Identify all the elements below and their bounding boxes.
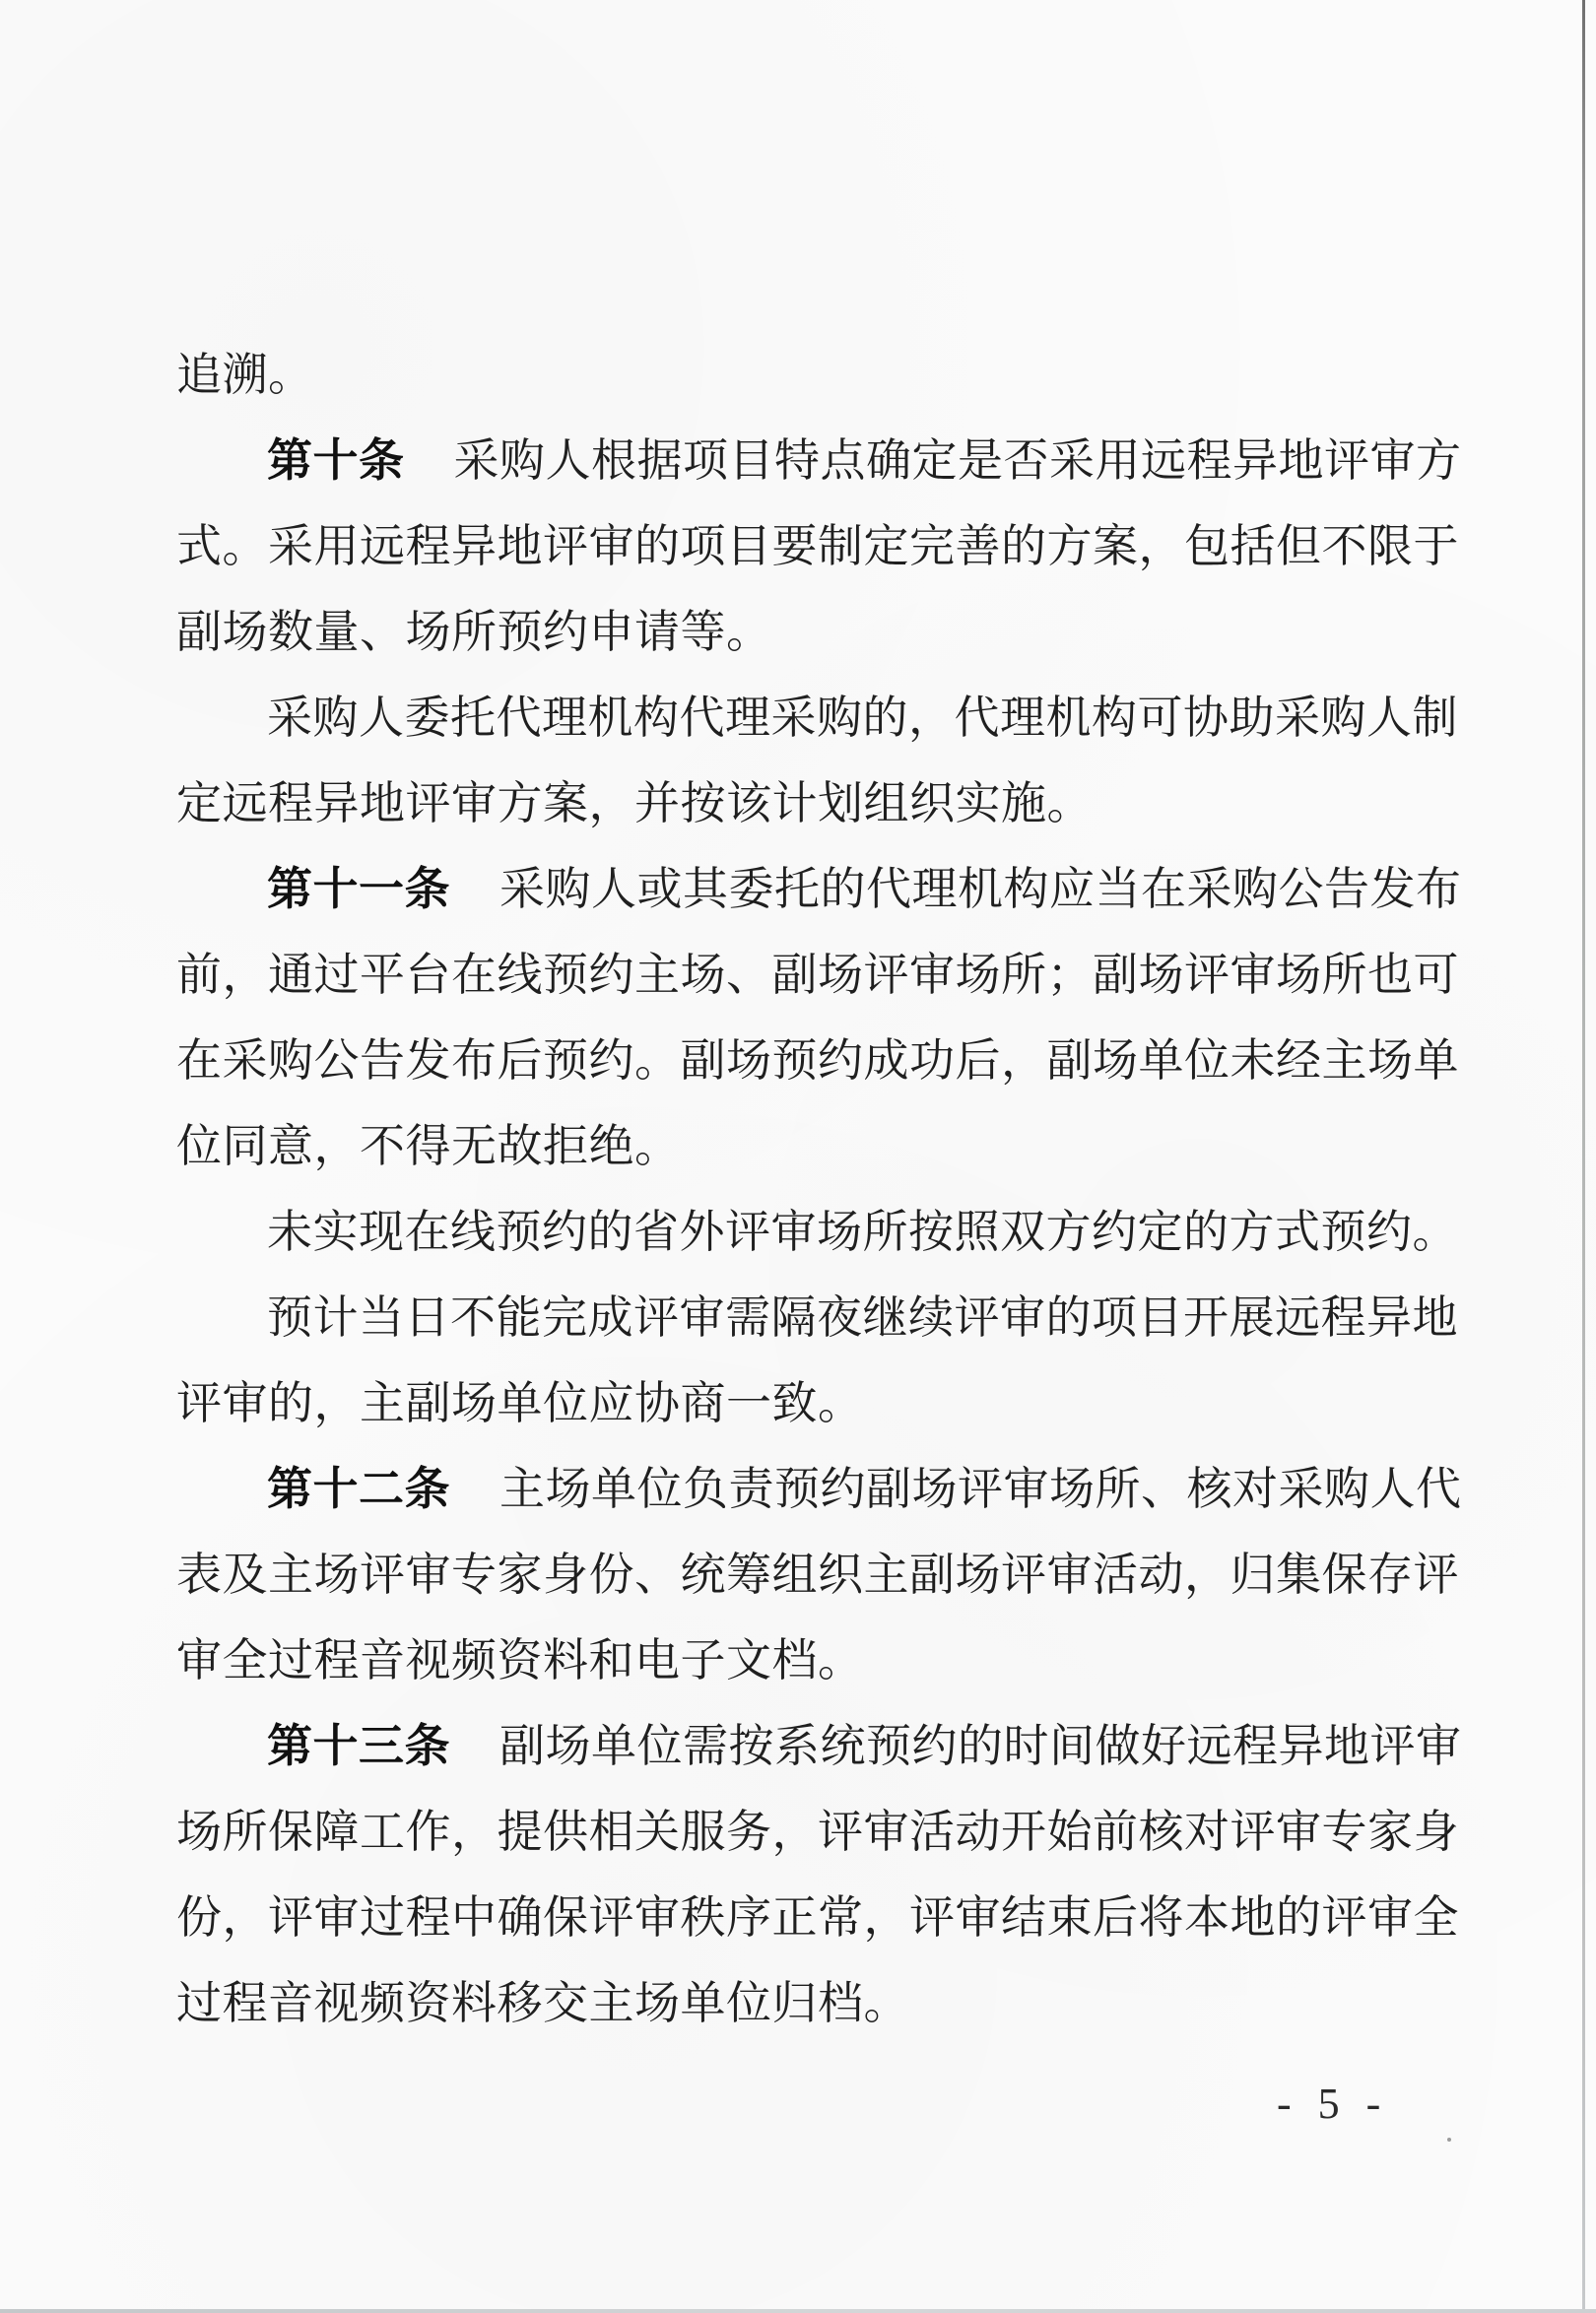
body-line: 过程音视频资料移交主场单位归档。: [176, 1960, 1457, 2046]
body-line-text: 采购人委托代理机构代理采购的，代理机构可协助采购人制: [267, 693, 1458, 743]
body-line: 预计当日不能完成评审需隔夜继续评审的项目开展远程异地: [176, 1275, 1457, 1360]
body-line: 第十一条采购人或其委托的代理机构应当在采购公告发布: [176, 846, 1457, 932]
body-line: 在采购公告发布后预约。副场预约成功后，副场单位未经主场单: [176, 1018, 1457, 1103]
body-line-text: 采购人或其委托的代理机构应当在采购公告发布: [499, 864, 1462, 914]
body-line: 第十条采购人根据项目特点确定是否采用远程异地评审方: [176, 418, 1457, 503]
article-number: 第十一条: [267, 862, 450, 915]
body-line-text: 副场数量、场所预约申请等。: [176, 607, 772, 657]
body-line: 审全过程音视频资料和电子文档。: [176, 1618, 1457, 1703]
body-line-text: 场所保障工作，提供相关服务，评审活动开始前核对评审专家身: [176, 1807, 1459, 1857]
body-line-text: 副场单位需按系统预约的时间做好远程异地评审: [499, 1721, 1462, 1771]
scan-bottom-edge: [0, 2309, 1596, 2313]
body-line: 评审的，主副场单位应协商一致。: [176, 1360, 1457, 1446]
page-number: - 5 -: [1277, 2081, 1388, 2128]
body-line-text: 过程音视频资料移交主场单位归档。: [176, 1978, 909, 2028]
body-line-text: 前，通过平台在线预约主场、副场评审场所；副场评审场所也可: [176, 950, 1459, 1000]
body-line: 第十三条副场单位需按系统预约的时间做好远程异地评审: [176, 1703, 1457, 1789]
body-line-text: 表及主场评审专家身份、统筹组织主副场评审活动，归集保存评: [176, 1550, 1459, 1600]
body-line-text: 评审的，主副场单位应协商一致。: [176, 1378, 864, 1428]
body-line-text: 预计当日不能完成评审需隔夜继续评审的项目开展远程异地: [267, 1292, 1458, 1343]
body-line-text: 位同意，不得无故拒绝。: [176, 1121, 681, 1171]
body-line-text: 追溯。: [176, 350, 314, 400]
scan-edge-line: [1582, 0, 1585, 2313]
body-line: 采购人委托代理机构代理采购的，代理机构可协助采购人制: [176, 675, 1457, 760]
body-line: 追溯。: [176, 332, 1457, 418]
scan-speck-dot: [1447, 2138, 1451, 2142]
body-line: 第十二条主场单位负责预约副场评审场所、核对采购人代: [176, 1446, 1457, 1532]
article-number: 第十条: [267, 433, 405, 487]
body-line: 位同意，不得无故拒绝。: [176, 1103, 1457, 1189]
body-line-text: 份，评审过程中确保评审秩序正常，评审结束后将本地的评审全: [176, 1892, 1459, 1943]
body-line-text: 在采购公告发布后预约。副场预约成功后，副场单位未经主场单: [176, 1035, 1459, 1086]
article-number: 第十二条: [267, 1462, 450, 1515]
body-line: 前，通过平台在线预约主场、副场评审场所；副场评审场所也可: [176, 932, 1457, 1018]
article-number: 第十三条: [267, 1719, 450, 1772]
body-line-text: 式。采用远程异地评审的项目要制定完善的方案，包括但不限于: [176, 521, 1459, 571]
body-line-text: 未实现在线预约的省外评审场所按照双方约定的方式预约。: [267, 1207, 1458, 1257]
body-line-text: 审全过程音视频资料和电子文档。: [176, 1635, 864, 1685]
document-body: 追溯。 第十条采购人根据项目特点确定是否采用远程异地评审方 式。采用远程异地评审…: [176, 332, 1457, 2046]
document-page: 追溯。 第十条采购人根据项目特点确定是否采用远程异地评审方 式。采用远程异地评审…: [0, 0, 1596, 2313]
body-line: 定远程异地评审方案，并按该计划组织实施。: [176, 760, 1457, 846]
body-line-text: 定远程异地评审方案，并按该计划组织实施。: [176, 778, 1093, 828]
body-line: 表及主场评审专家身份、统筹组织主副场评审活动，归集保存评: [176, 1532, 1457, 1618]
body-line: 份，评审过程中确保评审秩序正常，评审结束后将本地的评审全: [176, 1875, 1457, 1960]
body-line-text: 采购人根据项目特点确定是否采用远程异地评审方: [454, 435, 1462, 486]
body-line-text: 主场单位负责预约副场评审场所、核对采购人代: [499, 1464, 1462, 1514]
body-line: 场所保障工作，提供相关服务，评审活动开始前核对评审专家身: [176, 1789, 1457, 1875]
body-line: 副场数量、场所预约申请等。: [176, 589, 1457, 675]
body-line: 式。采用远程异地评审的项目要制定完善的方案，包括但不限于: [176, 503, 1457, 589]
body-line: 未实现在线预约的省外评审场所按照双方约定的方式预约。: [176, 1189, 1457, 1275]
